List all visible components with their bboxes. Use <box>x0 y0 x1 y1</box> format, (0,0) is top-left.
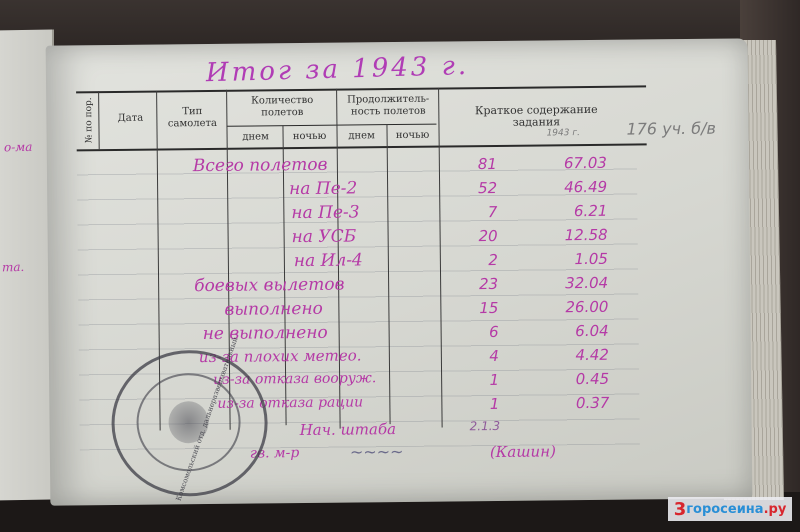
row-label: на Ил-4 <box>294 250 363 271</box>
row-duration: 0.37 <box>529 394 609 413</box>
row-label: на Пе-2 <box>289 178 357 199</box>
row-duration: 0.45 <box>529 370 609 389</box>
watermark-digit: 3 <box>674 499 687 520</box>
signature-name: (Кашин) <box>490 442 556 461</box>
row-duration: 12.58 <box>528 226 608 245</box>
row-count: 81 <box>457 155 497 173</box>
official-stamp: Комсомольский отд. дальнеразведывательны… <box>111 349 269 497</box>
header-flight-count: Количество полетов <box>232 95 332 120</box>
page-title: Итог за 1943 г. <box>206 51 470 88</box>
header-date: Дата <box>106 113 154 126</box>
header-task-summary: Краткое содержание задания <box>466 104 606 129</box>
header-number: № по пор. <box>84 97 94 143</box>
header-day: днем <box>231 131 281 144</box>
row-duration: 6.04 <box>529 322 609 341</box>
stamp-text: Комсомольский отд. дальнеразведывательны… <box>114 352 265 494</box>
watermark-tld: .ру <box>764 502 787 517</box>
watermark-logo: 3 горосеина .ру <box>668 497 792 521</box>
row-duration: 32.04 <box>528 274 608 293</box>
header-top-rule <box>76 85 646 93</box>
row-duration: 6.21 <box>527 202 607 221</box>
row-count: 2 <box>458 251 498 269</box>
margin-note: о-ма <box>4 140 32 154</box>
row-label: Всего полетов <box>193 155 328 176</box>
row-label: боевых вылетов <box>194 275 344 297</box>
row-label: на УСБ <box>292 226 357 247</box>
row-duration: 26.00 <box>528 298 608 317</box>
row-label: выполнено <box>224 299 323 320</box>
row-count: 4 <box>459 347 499 365</box>
header-day: днем <box>339 130 385 142</box>
pencil-note-year: 1943 г. <box>547 128 580 138</box>
row-count: 15 <box>458 299 498 317</box>
row-duration: 46.49 <box>527 178 607 197</box>
row-count: 6 <box>459 323 499 341</box>
row-duration: 67.03 <box>527 154 607 173</box>
header-night: ночью <box>285 131 335 144</box>
row-count: 52 <box>457 179 497 197</box>
row-duration: 4.42 <box>529 346 609 365</box>
logbook-page: Итог за 1943 г. № по пор. Дата Тип самол… <box>46 38 753 505</box>
watermark-name: горосеина <box>686 502 763 517</box>
header-aircraft-type: Тип самолета <box>162 106 222 131</box>
signature-title: Нач. штаба <box>300 420 397 439</box>
row-count: 1 <box>459 371 499 389</box>
row-count: 23 <box>458 275 498 293</box>
signature-pencil-mark: 2.1.3 <box>470 419 501 433</box>
row-label: на Пе-3 <box>291 202 359 223</box>
row-count: 1 <box>459 395 499 413</box>
header-flight-duration: Продолжитель-ность полетов <box>340 94 436 119</box>
row-duration: 1.05 <box>528 250 608 269</box>
row-count: 7 <box>457 203 497 221</box>
pencil-note-total: 176 уч. б/в <box>626 119 716 139</box>
signature-scrawl: ~~~~ <box>350 442 404 462</box>
row-count: 20 <box>458 227 498 245</box>
col-divider <box>98 91 100 149</box>
margin-note: та. <box>2 260 24 274</box>
header-night: ночью <box>389 130 437 143</box>
header-sub-rule <box>226 124 436 127</box>
row-label: не выполнено <box>203 323 328 344</box>
